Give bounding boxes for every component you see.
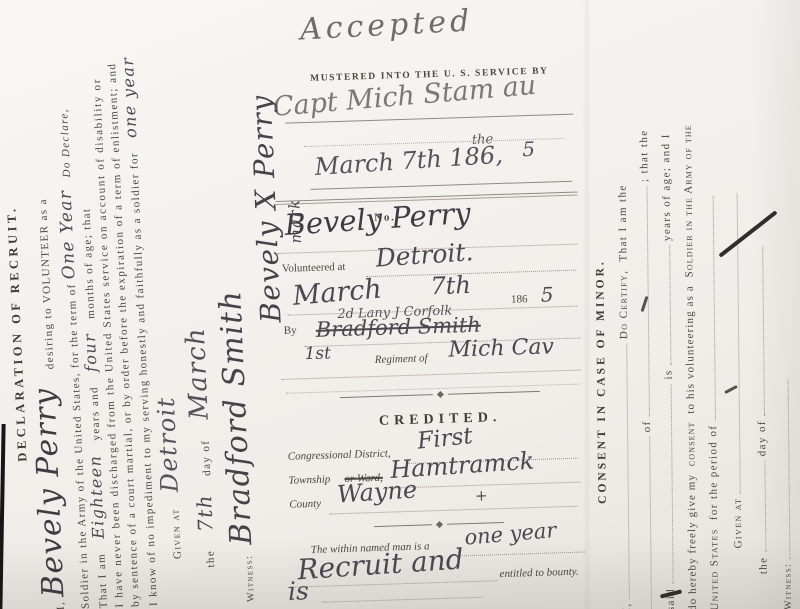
volunteer-date-day: 7th — [430, 271, 471, 300]
county-value: Wayne — [336, 475, 418, 508]
printed-year: 186 — [511, 293, 528, 306]
regiment-value: Mich Cav — [448, 334, 554, 362]
date-day-handwritten: 7th — [192, 494, 218, 533]
volunteer-year-digit: 5 — [540, 282, 553, 306]
scanned-document: Accepted MUSTERED INTO THE U. S. SERVICE… — [0, 0, 800, 609]
declaration-section: DECLARATION OF RECRUIT. I, Bevely Perry … — [0, 0, 314, 609]
given-place-handwritten: Detroit — [152, 396, 184, 493]
volunteered-place: Detroit. — [375, 237, 475, 272]
regiment-label: Regiment of — [375, 352, 428, 366]
age-months-handwritten: four — [80, 333, 101, 373]
consent-given-label: Given at — [732, 498, 745, 549]
accepted-annotation: Accepted — [299, 3, 474, 47]
term-handwritten: One Year — [56, 189, 80, 279]
line1-text: desiring to VOLUNTEER as a — [37, 198, 56, 370]
date-month-handwritten: March — [181, 326, 215, 420]
county-check-mark: + — [475, 487, 488, 505]
i-label: I, — [55, 601, 67, 609]
muster-section: MUSTERED INTO THE U. S. SERVICE BY Capt … — [271, 53, 603, 609]
bounty-label: entitled to bounty. — [499, 566, 578, 580]
consent-witness-line: Witness: — [770, 10, 800, 609]
his-mark-label: mark — [285, 198, 305, 244]
soldier-term-handwritten: one year — [118, 56, 141, 138]
muster-date-year-digit: 5 — [522, 137, 535, 161]
witness-label: Witness: — [244, 554, 257, 602]
muster-date: March 7th 186, — [314, 141, 504, 181]
congressional-district-value: First — [416, 423, 474, 454]
consent-section: CONSENT IN CASE OF MINOR. I, Do Certify,… — [586, 10, 800, 609]
consent-witness-label: Witness: — [782, 563, 793, 609]
given-at-label: Given at — [170, 508, 184, 559]
age-years-handwritten: Eighteen — [85, 454, 108, 539]
